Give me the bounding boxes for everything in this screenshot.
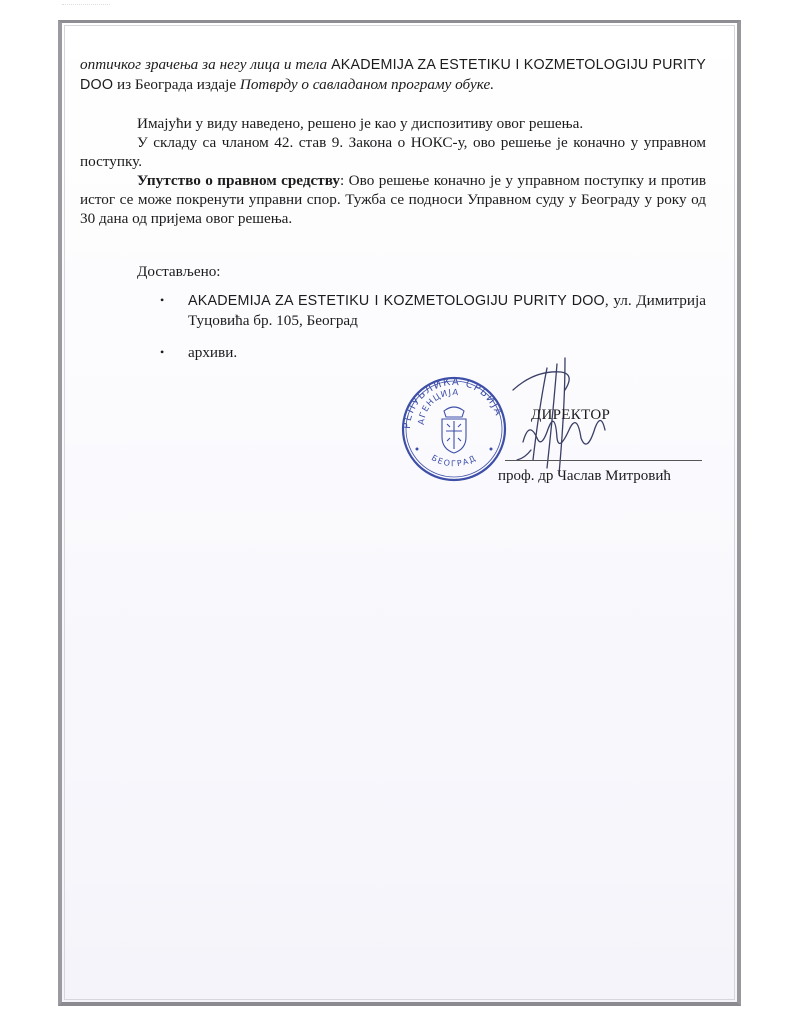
legal-remedy-heading: Упутство о правном средству bbox=[137, 172, 340, 189]
scan-artifact bbox=[62, 4, 110, 11]
final-decision-paragraph: У складу са чланом 42. став 9. Закона о … bbox=[80, 133, 706, 171]
organization-name: AKADEMIJA ZA ESTETIKU I KOZMETOLOGIJU bbox=[331, 57, 648, 73]
director-title: ДИРЕКТОР bbox=[531, 407, 610, 424]
recipient-item: •AKADEMIJA ZA ESTETIKU I KOZMETOLOGIJU P… bbox=[160, 291, 706, 330]
bullet-icon: • bbox=[160, 291, 164, 310]
bullet-icon: • bbox=[160, 343, 164, 362]
legal-remedy-paragraph: Упутство о правном средству: Ово решење … bbox=[80, 171, 706, 228]
recipient-organization: AKADEMIJA ZA ESTETIKU I KOZMETOLOGIJU PU… bbox=[188, 293, 605, 309]
delivered-label: Достављено: bbox=[137, 262, 221, 281]
body-text: оптичког зрачења за негу лица и тела AKA… bbox=[80, 55, 706, 228]
director-name: проф. др Часлав Митровић bbox=[498, 468, 671, 485]
intro-text: из Београда издаје bbox=[117, 76, 236, 93]
intro-paragraph: оптичког зрачења за негу лица и тела AKA… bbox=[80, 55, 706, 95]
official-stamp-icon: РЕПУБЛИКА СРБИЈА АГЕНЦИЈА БЕОГРАД bbox=[400, 375, 508, 483]
signature-block: РЕПУБЛИКА СРБИЈА АГЕНЦИЈА БЕОГРАД ДИРЕКТ… bbox=[395, 350, 715, 500]
resolved-paragraph: Имајући у виду наведено, решено је као у… bbox=[80, 114, 706, 133]
svg-text:БЕОГРАД: БЕОГРАД bbox=[430, 453, 478, 468]
signature-line bbox=[505, 460, 702, 461]
recipient-archive: архиви. bbox=[188, 344, 237, 361]
certificate-title: Потврду о савладаном програму обуке. bbox=[240, 76, 494, 93]
intro-italic-text: оптичког зрачења за негу лица и тела bbox=[80, 56, 327, 73]
